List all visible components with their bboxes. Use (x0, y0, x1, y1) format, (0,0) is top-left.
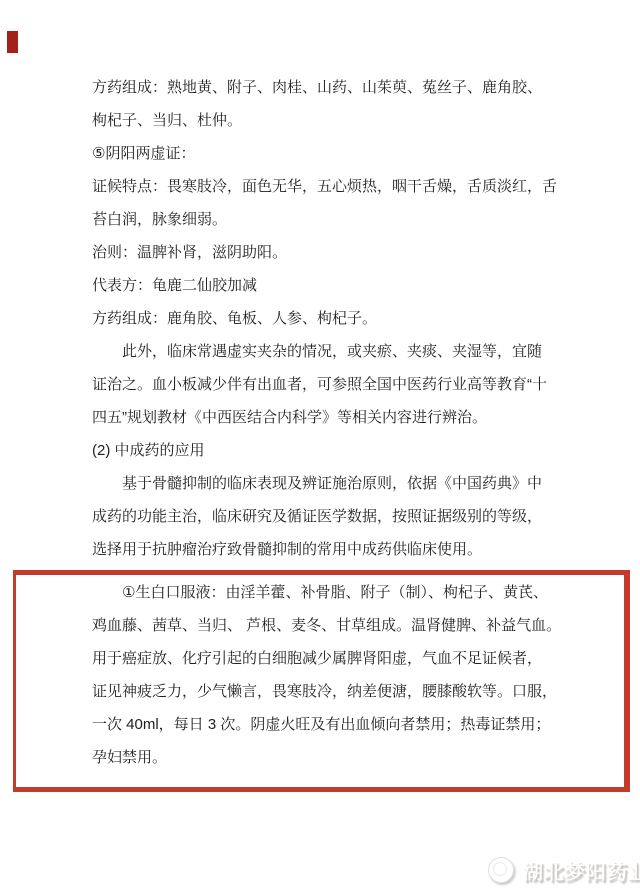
text-line: 孕妇禁用。 (92, 741, 570, 774)
highlighted-paragraph: ①生白口服液：由淫羊藿、补骨脂、附子（制）、枸杞子、黄芪、鸡血藤、茜草、当归、 … (92, 576, 570, 774)
text-line: 方药组成：鹿角胶、龟板、人参、枸杞子。 (92, 302, 570, 335)
text-line: ①生白口服液：由淫羊藿、补骨脂、附子（制）、枸杞子、黄芪、 (92, 576, 570, 609)
text-line: 代表方：龟鹿二仙胶加减 (92, 269, 570, 302)
text-line: 枸杞子、当归、杜仲。 (92, 104, 570, 137)
text-line: 证治之。血小板减少伴有出血者，可参照全国中医药行业高等教育“十 (92, 368, 570, 401)
text-line: 治则：温脾补肾，滋阴助阳。 (92, 236, 570, 269)
text-line: 成药的功能主治，临床研究及循证医学数据，按照证据级别的等级， (92, 500, 570, 533)
text-line: 此外，临床常遇虚实夹杂的情况，或夹瘀、夹痰、夹湿等，宜随 (92, 335, 570, 368)
company-logo-icon (488, 857, 514, 883)
text-line: 鸡血藤、茜草、当归、 芦根、麦冬、甘草组成。温肾健脾、补益气血。 (92, 609, 570, 642)
document-page: 方药组成：熟地黄、附子、肉桂、山药、山茱萸、菟丝子、鹿角胶、枸杞子、当归、杜仲。… (0, 0, 640, 896)
text-line: 证见神疲乏力，少气懒言，畏寒肢冷，纳差便溏，腰膝酸软等。口服， (92, 675, 570, 708)
company-name: 湖北梦阳药业 (523, 856, 640, 885)
highlight-red-box: ①生白口服液：由淫羊藿、补骨脂、附子（制）、枸杞子、黄芪、鸡血藤、茜草、当归、 … (13, 570, 630, 792)
text-line: 苔白润，脉象细弱。 (92, 203, 570, 236)
text-line: (2) 中成药的应用 (92, 434, 570, 467)
text-line: 一次 40ml，每日 3 次。阴虚火旺及有出血倾向者禁用；热毒证禁用； (92, 708, 570, 741)
text-line: 四五”规划教材《中西医结合内科学》等相关内容进行辨治。 (92, 401, 570, 434)
company-watermark: 湖北梦阳药业 (488, 855, 640, 885)
corner-red-mark (7, 31, 18, 53)
text-line: 选择用于抗肿瘤治疗致骨髓抑制的常用中成药供临床使用。 (92, 533, 570, 566)
text-line: 用于癌症放、化疗引起的白细胞减少属脾肾阳虚，气血不足证候者， (92, 642, 570, 675)
text-line: ⑤阴阳两虚证： (92, 137, 570, 170)
text-line: 方药组成：熟地黄、附子、肉桂、山药、山茱萸、菟丝子、鹿角胶、 (92, 71, 570, 104)
document-body-text: 方药组成：熟地黄、附子、肉桂、山药、山茱萸、菟丝子、鹿角胶、枸杞子、当归、杜仲。… (92, 71, 570, 566)
text-line: 基于骨髓抑制的临床表现及辨证施治原则，依据《中国药典》中 (92, 467, 570, 500)
text-line: 证候特点：畏寒肢冷，面色无华，五心烦热，咽干舌燥，舌质淡红，舌 (92, 170, 570, 203)
